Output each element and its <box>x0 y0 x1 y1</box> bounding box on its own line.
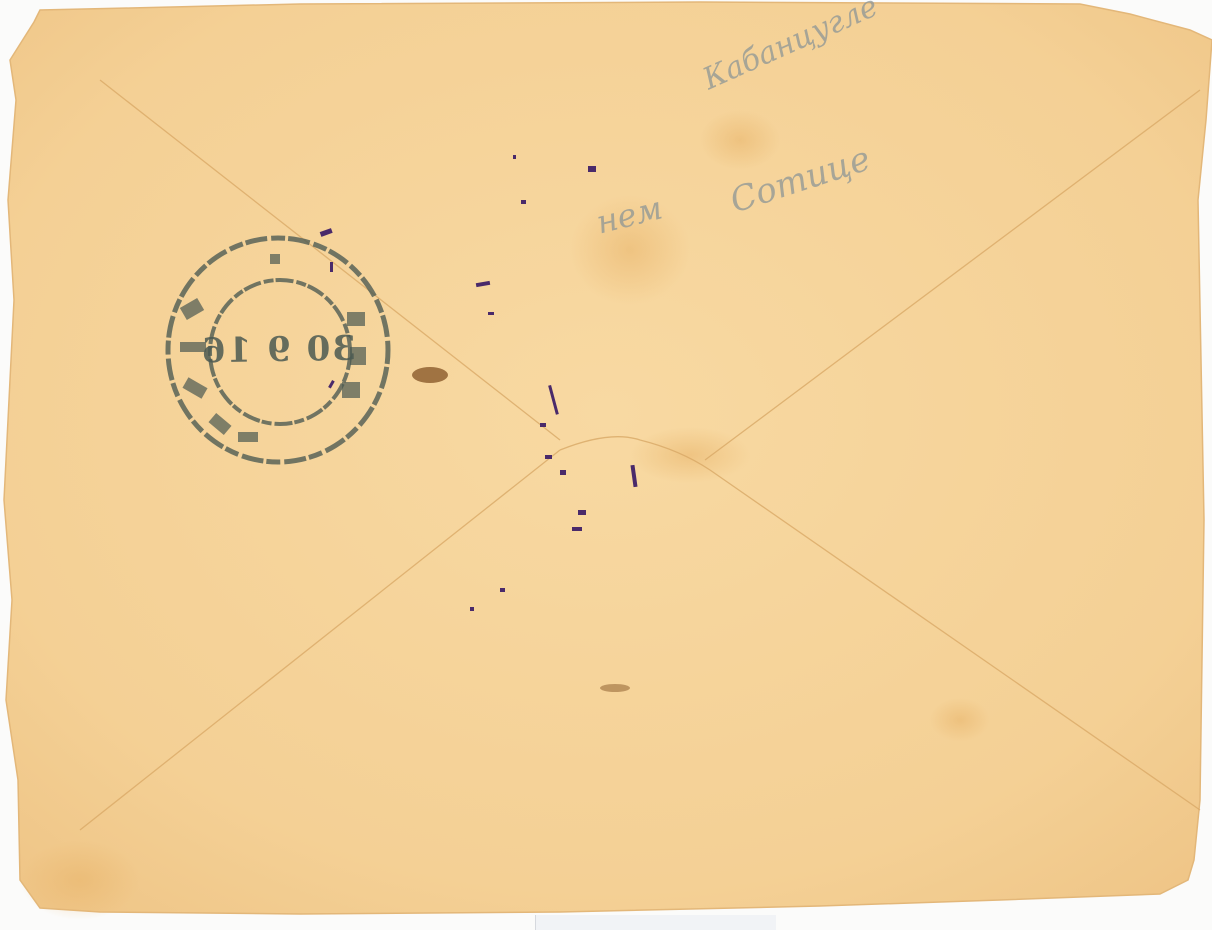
postmark-stamp: 30 9 16 <box>162 232 394 468</box>
envelope-photo: 30 9 16 Кабанцугле нем Сотице <box>0 0 1212 930</box>
postmark-date: 30 9 16 <box>162 328 395 372</box>
